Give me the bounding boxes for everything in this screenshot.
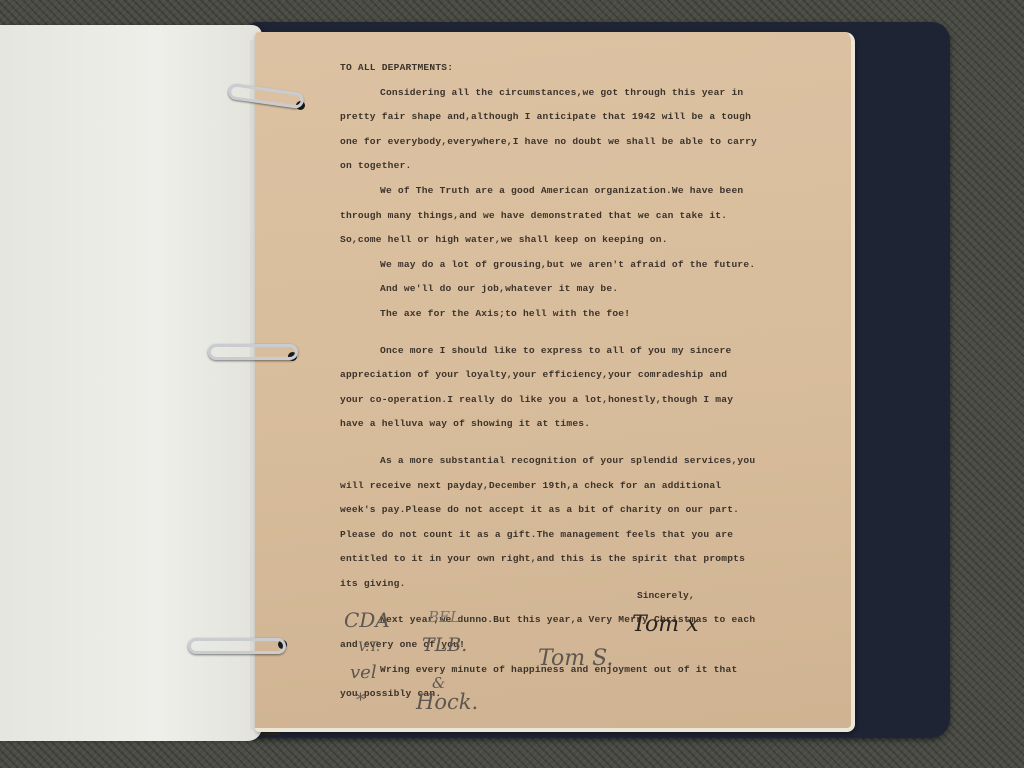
signature: Tom x — [632, 612, 698, 637]
binder-ring-middle — [208, 344, 298, 360]
letter-line: And we'll do our job,whatever it may be. — [340, 277, 810, 302]
letter-line: We may do a lot of grousing,but we aren'… — [340, 253, 810, 278]
closing: Sincerely, — [637, 590, 695, 601]
initials: BEL — [428, 608, 460, 626]
letter-line: pretty fair shape and,although I anticip… — [340, 105, 810, 130]
initials: TLB. — [422, 634, 467, 656]
left-blank-page — [0, 25, 262, 741]
letter-line: We of The Truth are a good American orga… — [340, 179, 810, 204]
letter-line: your co-operation.I really do like you a… — [340, 388, 810, 413]
initials: Tom S. — [538, 646, 613, 671]
letter-line: one for everybody,everywhere,I have no d… — [340, 130, 810, 155]
letter-line: will receive next payday,December 19th,a… — [340, 474, 810, 499]
letter-line: As a more substantial recognition of you… — [340, 449, 810, 474]
initials: * — [356, 690, 365, 711]
letter-line: Please do not count it as a gift.The man… — [340, 523, 810, 548]
letter-line: Once more I should like to express to al… — [340, 339, 810, 364]
initials: Hock. — [416, 690, 478, 714]
initials: CDA — [344, 608, 390, 632]
letter-line: its giving. — [340, 572, 810, 597]
letter-line: entitled to it in your own right,and thi… — [340, 547, 810, 572]
letter-line: So,come hell or high water,we shall keep… — [340, 228, 810, 253]
letter-line: The axe for the Axis;to hell with the fo… — [340, 302, 810, 327]
letter-line: on together. — [340, 154, 810, 179]
binder-ring-bottom — [188, 638, 286, 654]
typed-letter: TO ALL DEPARTMENTS:Considering all the c… — [340, 56, 810, 707]
letter-line: week's pay.Please do not accept it as a … — [340, 498, 810, 523]
salutation: TO ALL DEPARTMENTS: — [340, 56, 810, 81]
letter-line: Next year,we dunno.But this year,a Very … — [340, 608, 810, 633]
initials: V.T. — [358, 640, 380, 655]
letter-line: through many things,and we have demonstr… — [340, 204, 810, 229]
letter-line: you possibly can. — [340, 682, 810, 707]
initials: vel — [350, 662, 377, 683]
letter-line: Considering all the circumstances,we got… — [340, 81, 810, 106]
letter-line: appreciation of your loyalty,your effici… — [340, 363, 810, 388]
letter-line: have a helluva way of showing it at time… — [340, 412, 810, 437]
